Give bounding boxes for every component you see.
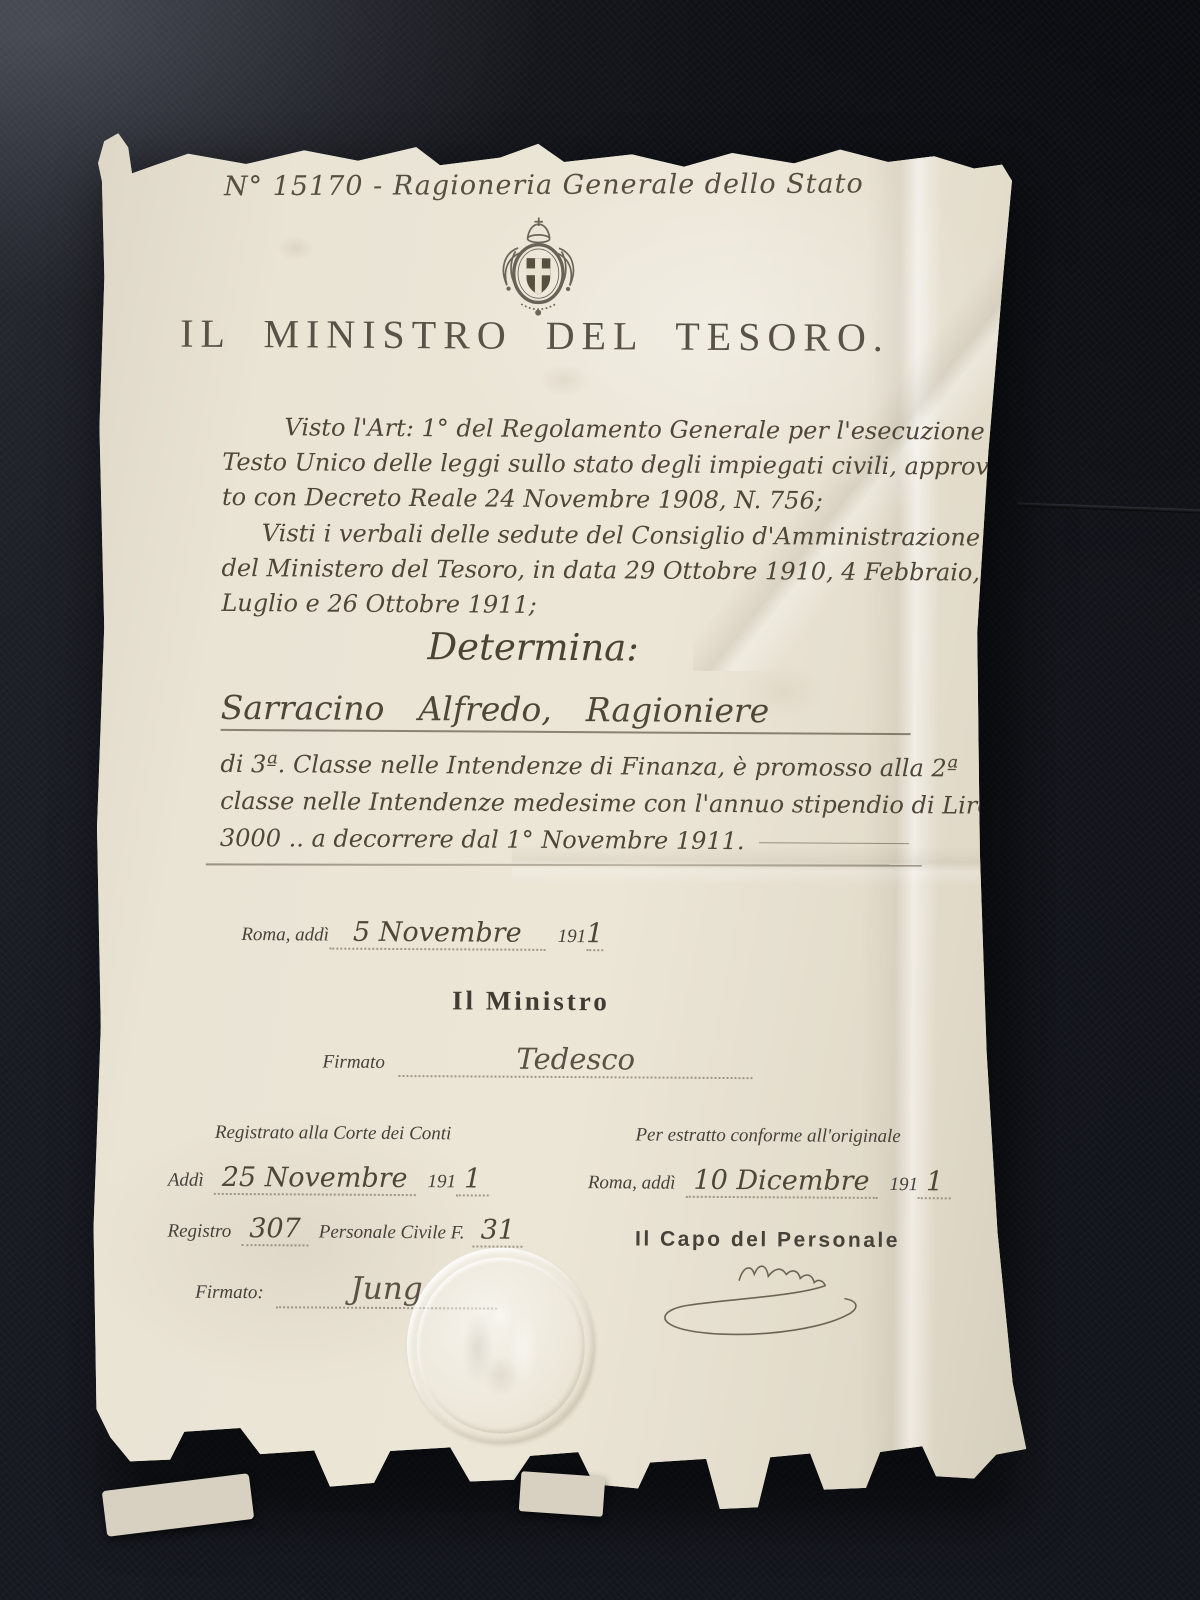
- printed-year: 191: [427, 1171, 456, 1193]
- handwritten-date: 10 Dicembre: [685, 1165, 877, 1199]
- first-name: Alfredo,: [418, 689, 552, 729]
- paragraph-grant: di 3ª. Classe nelle Intendenze di Finanz…: [220, 746, 921, 861]
- ruled-filler-line: [759, 842, 909, 844]
- handwritten-year-digit: 1: [456, 1163, 489, 1196]
- personale-label: Personale Civile F.: [319, 1222, 465, 1245]
- capo-signature-flourish: [647, 1254, 898, 1348]
- handwritten-year-digit: 1: [586, 918, 603, 951]
- paragraph-line: Visti i verbali delle sedute del Consigl…: [262, 516, 922, 555]
- paragraph-line: Luglio e 26 Ottobre 1911;: [221, 586, 921, 625]
- registration-date-row: Addì 25 Novembre 191 1: [168, 1162, 498, 1197]
- folio-number: 31: [473, 1214, 524, 1247]
- promoted-name-line: Sarracino Alfredo, Ragioniere: [221, 688, 911, 735]
- grant-final-line: 3000 .. a decorrere dal 1° Novembre 1911…: [220, 824, 745, 855]
- document-sheet: N° 15170 - Ragioneria Generale dello Sta…: [88, 127, 1037, 1533]
- registro-number: 307: [241, 1213, 309, 1246]
- paragraph-line: Testo Unico delle leggi sullo stato degl…: [222, 445, 922, 484]
- paragraph-visto: Visto l'Art: 1° del Regolamento Generale…: [222, 410, 923, 519]
- extract-heading: Per estratto conforme all'originale: [588, 1124, 948, 1148]
- paragraph-line: classe nelle Intendenze medesime con l'a…: [220, 783, 920, 824]
- printed-year: 191: [889, 1174, 918, 1196]
- paragraph-line: del Ministero del Tesoro, in data 29 Ott…: [221, 551, 921, 590]
- minister-signature: Tedesco: [516, 1042, 635, 1077]
- signature-line: Tedesco: [399, 1041, 753, 1079]
- embossed-blind-seal: [406, 1247, 595, 1444]
- roma-addi-label: Roma, addì: [241, 924, 329, 947]
- handwritten-date: 5 Novembre: [329, 917, 546, 951]
- registro-label: Registro: [167, 1221, 231, 1243]
- place-date-line: Roma, addì 5 Novembre 191 1: [241, 916, 603, 951]
- addi-label: Addì: [168, 1170, 204, 1192]
- surname: Sarracino: [221, 688, 385, 728]
- paragraph-line: 3000 .. a decorrere dal 1° Novembre 1911…: [220, 820, 920, 861]
- printed-year: 191: [558, 926, 587, 948]
- roma-addi-label: Roma, addì: [588, 1172, 676, 1195]
- capo-del-personale-label: Il Capo del Personale: [587, 1227, 947, 1253]
- handwritten-year-digit: 1: [918, 1166, 951, 1199]
- torn-paper-flap: [519, 1471, 606, 1517]
- reference-number-line: N° 15170 - Ragioneria Generale dello Sta…: [224, 168, 864, 202]
- il-ministro-heading: Il Ministro: [91, 983, 971, 1019]
- document-title: IL MINISTRO DEL TESORO.: [95, 309, 975, 361]
- minister-signature-row: Firmato Tedesco: [322, 1041, 752, 1080]
- firmato-label: Firmato:: [195, 1282, 264, 1304]
- seal-figures: [436, 1277, 565, 1414]
- extract-block: Per estratto conforme all'originale Roma…: [587, 1124, 948, 1352]
- role: Ragioniere: [586, 690, 770, 730]
- paragraph-line: di 3ª. Classe nelle Intendenze di Finanz…: [220, 746, 920, 787]
- paragraph-line: Visto l'Art: 1° del Regolamento Generale…: [284, 410, 922, 449]
- registration-heading: Registrato alla Corte dei Conti: [168, 1122, 498, 1146]
- registro-row: Registro 307 Personale Civile F. 31: [167, 1213, 497, 1248]
- registrar-signature: Jung: [350, 1271, 422, 1307]
- handwritten-date: 25 Novembre: [214, 1162, 416, 1196]
- paragraph-visti: Visti i verbali delle sedute del Consigl…: [221, 516, 922, 625]
- photo-of-document: N° 15170 - Ragioneria Generale dello Sta…: [0, 0, 1200, 1600]
- extract-date-row: Roma, addì 10 Dicembre 191 1: [588, 1164, 948, 1199]
- paragraph-line: to con Decreto Reale 24 Novembre 1908, N…: [222, 480, 922, 519]
- firmato-label: Firmato: [323, 1052, 385, 1074]
- determina-heading: Determina:: [223, 624, 843, 671]
